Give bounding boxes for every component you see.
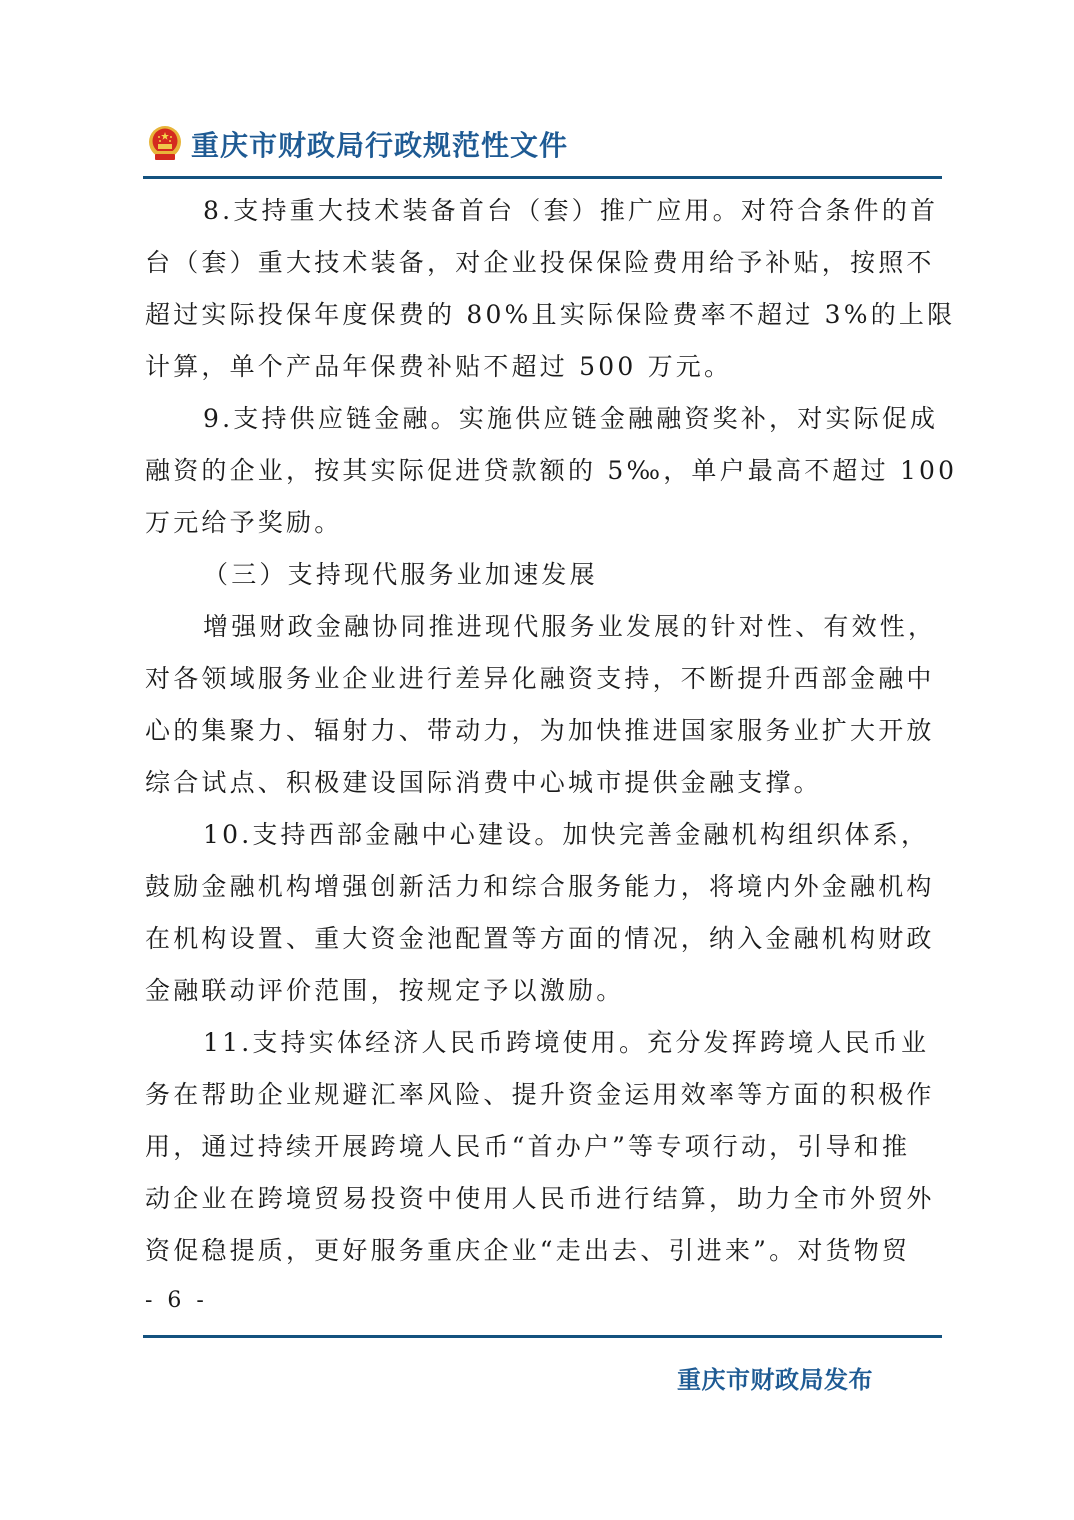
- page-number: - 6 -: [145, 1288, 208, 1313]
- text-line: 用，通过持续开展跨境人民币“首办户”等专项行动，引导和推: [145, 1121, 941, 1173]
- text-line: 超过实际投保年度保费的 80%且实际保险费率不超过 3%的上限: [145, 289, 941, 341]
- paragraph: 9.支持供应链金融。实施供应链金融融资奖补，对实际促成融资的企业，按其实际促进贷…: [145, 393, 941, 549]
- text-line: 10.支持西部金融中心建设。加快完善金融机构组织体系，: [145, 809, 941, 861]
- text-line: 万元给予奖励。: [145, 497, 941, 549]
- paragraph: （三）支持现代服务业加速发展: [145, 549, 941, 601]
- text-line: 综合试点、积极建设国际消费中心城市提供金融支撑。: [145, 757, 941, 809]
- national-emblem-icon: [145, 124, 185, 164]
- text-line: 增强财政金融协同推进现代服务业发展的针对性、有效性，: [145, 601, 941, 653]
- text-line: 在机构设置、重大资金池配置等方面的情况，纳入金融机构财政: [145, 913, 941, 965]
- paragraph: 增强财政金融协同推进现代服务业发展的针对性、有效性，对各领域服务业企业进行差异化…: [145, 601, 941, 809]
- text-line: 动企业在跨境贸易投资中使用人民币进行结算，助力全市外贸外: [145, 1173, 941, 1225]
- text-line: 台（套）重大技术装备，对企业投保保险费用给予补贴，按照不: [145, 237, 941, 289]
- text-line: 鼓励金融机构增强创新活力和综合服务能力，将境内外金融机构: [145, 861, 941, 913]
- document-body: 8.支持重大技术装备首台（套）推广应用。对符合条件的首台（套）重大技术装备，对企…: [145, 185, 941, 1277]
- text-line: 11.支持实体经济人民币跨境使用。充分发挥跨境人民币业: [145, 1017, 941, 1069]
- document-series-title: 重庆市财政局行政规范性文件: [191, 124, 568, 164]
- text-line: （三）支持现代服务业加速发展: [145, 549, 941, 601]
- header-divider: [143, 176, 942, 179]
- document-header: 重庆市财政局行政规范性文件: [145, 118, 568, 170]
- text-line: 9.支持供应链金融。实施供应链金融融资奖补，对实际促成: [145, 393, 941, 445]
- text-line: 金融联动评价范围，按规定予以激励。: [145, 965, 941, 1017]
- paragraph: 11.支持实体经济人民币跨境使用。充分发挥跨境人民币业务在帮助企业规避汇率风险、…: [145, 1017, 941, 1277]
- text-line: 对各领域服务业企业进行差异化融资支持，不断提升西部金融中: [145, 653, 941, 705]
- paragraph: 10.支持西部金融中心建设。加快完善金融机构组织体系，鼓励金融机构增强创新活力和…: [145, 809, 941, 1017]
- footer-divider: [143, 1335, 942, 1338]
- text-line: 务在帮助企业规避汇率风险、提升资金运用效率等方面的积极作: [145, 1069, 941, 1121]
- text-line: 融资的企业，按其实际促进贷款额的 5‰，单户最高不超过 100: [145, 445, 941, 497]
- publisher-footer: 重庆市财政局发布: [677, 1360, 873, 1395]
- paragraph: 8.支持重大技术装备首台（套）推广应用。对符合条件的首台（套）重大技术装备，对企…: [145, 185, 941, 393]
- text-line: 计算，单个产品年保费补贴不超过 500 万元。: [145, 341, 941, 393]
- text-line: 资促稳提质，更好服务重庆企业“走出去、引进来”。对货物贸: [145, 1225, 941, 1277]
- text-line: 8.支持重大技术装备首台（套）推广应用。对符合条件的首: [145, 185, 941, 237]
- text-line: 心的集聚力、辐射力、带动力，为加快推进国家服务业扩大开放: [145, 705, 941, 757]
